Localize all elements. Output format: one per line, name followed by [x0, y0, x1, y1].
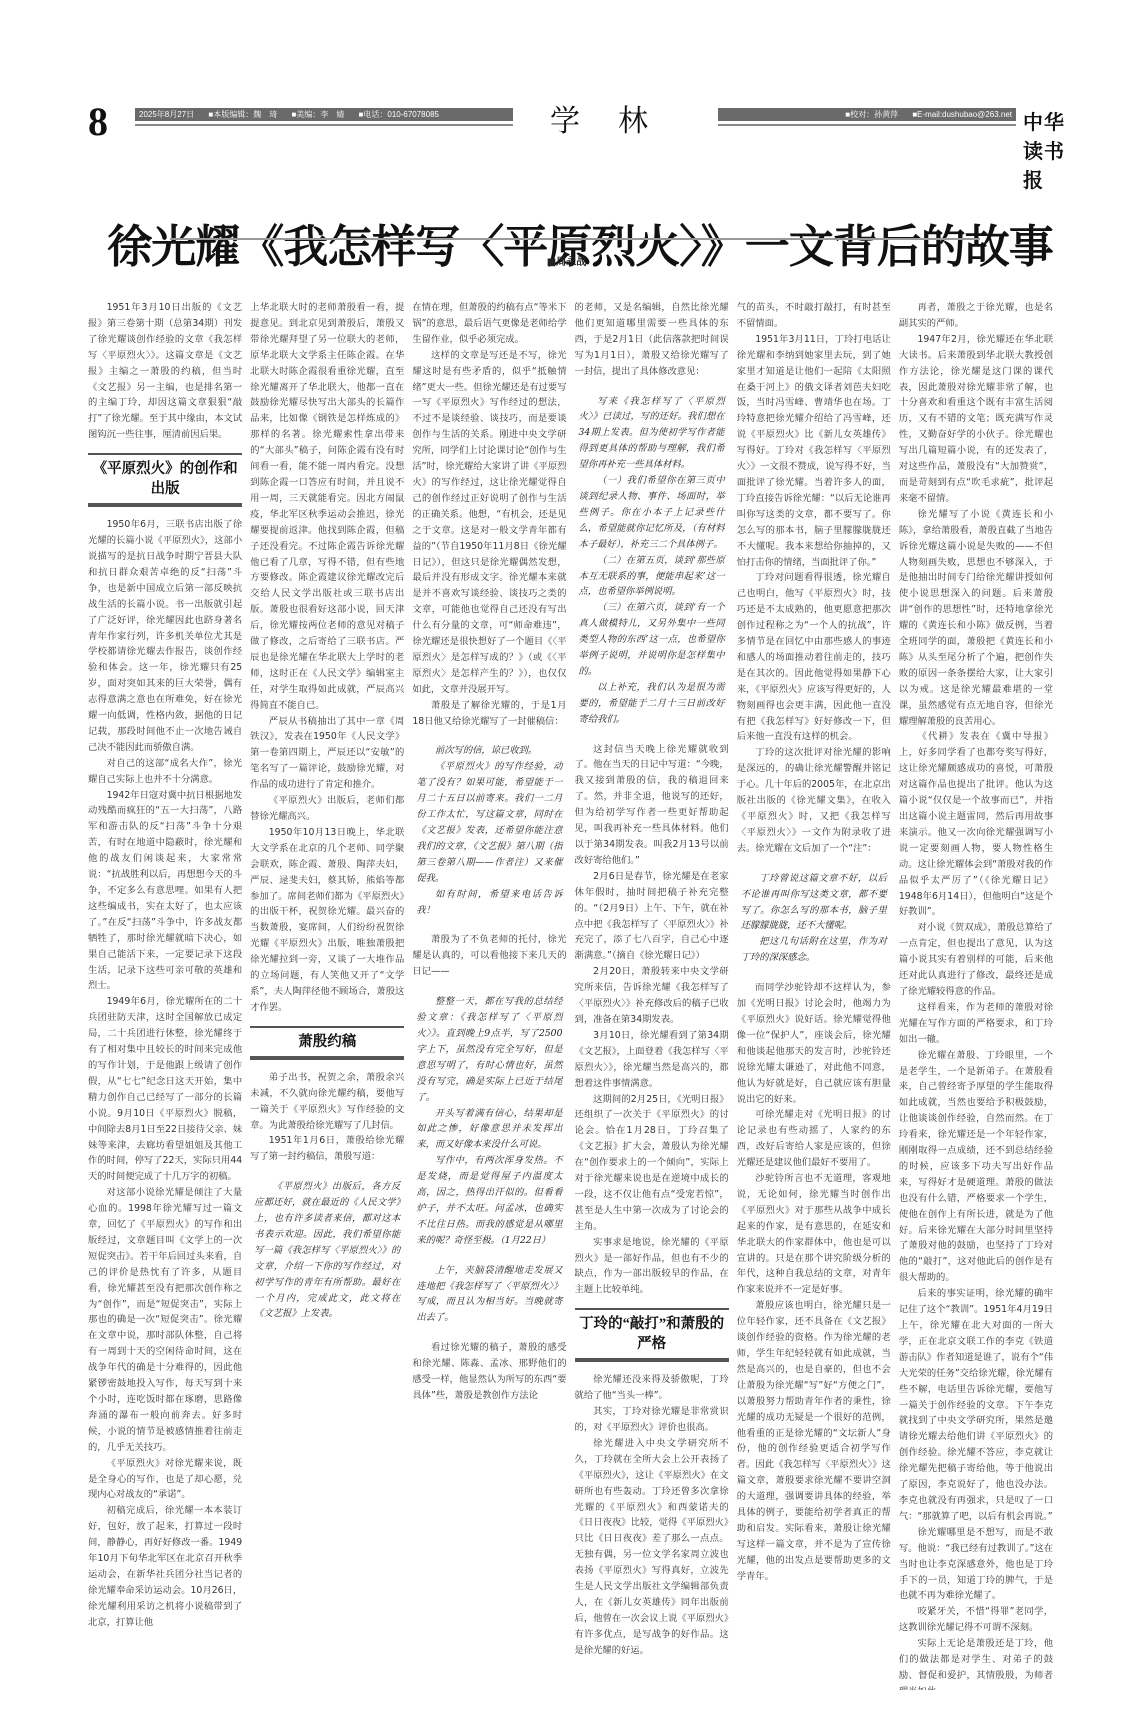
editor-credit: ■本版编辑：魏 琦 [208, 110, 277, 119]
paragraph: 这期间的2月25日，《光明日报》还组织了一次关于《平原烈火》的讨论会。恰在1月2… [575, 1092, 729, 1235]
phone-number: ■电话：010-67078085 [359, 110, 439, 119]
paragraph: 萧殷应该也明白，徐光耀只是一位年轻作家，还不具备在《文艺报》谈创作经验的资格。作… [737, 1298, 891, 1584]
quoted-letter: （三）在第六页，谈到‘有一个真人做模特儿，又另外集中一些同类型人物的东西’这一点… [575, 600, 729, 680]
paragraph: 实事求是地说，徐光耀的《平原烈火》是一部好作品，但也有不少的缺点，作为一部出版较… [575, 1235, 729, 1299]
column-2: 上华北联大时的老师萧殷看一看，提提意见。到北京见到萧殷后，萧殷又带徐光耀拜望了另… [250, 300, 404, 1690]
paragraph: 萧殷为了不负老师的托付，徐光耀是认真的，可以看他接下来几天的日记—— [412, 932, 566, 980]
paragraph: 再者，萧殷之于徐光耀，也是名副其实的严师。 [899, 300, 1053, 332]
section-name: 学林 [528, 100, 708, 144]
paragraph: 《代耕》发表在《冀中导报》上，好多同学看了也都夸奖写得好，这让徐光耀颇感成功的喜… [899, 729, 1053, 920]
quoted-letter: （二）在第五页，谈到‘那些原本互无联系的事，便能串起来’这一点，也希望你举例说明… [575, 553, 729, 601]
paragraph: 对自己的这部“成名大作”，徐光耀自己实际上也并不十分满意。 [88, 756, 242, 788]
paragraph: 徐光耀在萧殷、丁玲眼里，一个是老学生，一个是新弟子。在萧殷看来，自己曾经寄予厚望… [899, 1048, 1053, 1287]
quoted-diary: 开头写着满有信心，结果却是如此之惨，好像意思并未发挥出来，而又好像本来没什么可说… [412, 1106, 566, 1154]
paragraph: 1949年6月，徐光耀所在的二十兵团驻防天津，这时全国解放已成定局，二十兵团进行… [88, 994, 242, 1185]
paragraph: 严辰从书稿抽出了其中一章《周铁汉》，发表在1950年《人民文学》第一卷第四期上，… [250, 714, 404, 794]
column-3: 在情在理，但萧殷的约稿有点“等米下锅”的意思，最后语气更像是老师给学生留作业，似… [412, 300, 566, 1690]
paragraph: 初稿完成后，徐光耀一本本装订好，包好，放了起来，打算过一段时间，静静心，再好好修… [88, 1503, 242, 1630]
divider [135, 124, 513, 126]
paragraph: 徐光耀进入中央文学研究所不久，丁玲就在全所大会上公开表扬了《平原烈火》，这让《平… [575, 1436, 729, 1659]
paragraph: 气的苗头，不时敲打敲打，有时甚至不留情面。 [737, 300, 891, 332]
quoted-letter: 前次写的信，谅已收到。 [412, 743, 566, 759]
article-body: 1951年3月10日出版的《文艺报》第三卷第十期（总第34期）刊发了徐光耀谈创作… [88, 300, 1053, 1690]
paragraph: 《平原烈火》对徐光耀来说，既是全身心的写作，也是了却心愿，兑现内心对战友的“承诺… [88, 1456, 242, 1504]
subhead-xiao-yin-commission: 萧殷约稿 [250, 1026, 404, 1060]
paragraph: 1951年3月11日，丁玲打电话让徐光耀和李纳到她家里去玩，到了她家里才知道是让… [737, 332, 891, 571]
paragraph: 1942年日寇对冀中抗日根据地发动残酷而疯狂的“五一大扫荡”，八路军和游击队的反… [88, 788, 242, 995]
paragraph: 对这部小说徐光耀是倾注了大量心血的。1998年徐光耀写过一篇文章，回忆了《平原烈… [88, 1185, 242, 1455]
author-note: 丁玲曾说这篇文章不好，以后不论谁再叫你写这类文章，都不要写了。你怎么写的那本书，… [737, 871, 891, 935]
paragraph: 的老师，又是名编辑，自然比徐光耀他们更知道哪里需要一些具体的东西，于是2月1日（… [575, 300, 729, 380]
paragraph: 1951年3月10日出版的《文艺报》第三卷第十期（总第34期）刊发了徐光耀谈创作… [88, 300, 242, 443]
subhead-creation-and-publication: 《平原烈火》的创作和出版 [88, 453, 242, 507]
quoted-letter: 如有时间，希望来电话告诉我！ [412, 887, 566, 919]
title-rule [170, 238, 980, 240]
quoted-diary: 上午，夹脑袋清醒地走发展又连地把《我怎样写了〈平原烈火〉》写成，而且认为相当好。… [412, 1263, 566, 1327]
paragraph: 3月10日，徐光耀看到了第34期《文艺报》，上面登着《我怎样写〈平原烈火〉》，徐… [575, 1028, 729, 1092]
quoted-letter: （一）我们希望你在第三页中谈到纪录人物、事件、场面时，举些例子。你在小本子上记录… [575, 473, 729, 553]
paragraph: 可徐光耀走对《光明日报》的讨论记录也有些动摇了，人家约的东西，改好后寄给人家是应… [737, 1107, 891, 1171]
paragraph: 上华北联大时的老师萧殷看一看，提提意见。到北京见到萧殷后，萧殷又带徐光耀拜望了另… [250, 300, 404, 714]
paragraph: 萧殷是了解徐光耀的，于是1月18日他又给徐光耀写了一封催稿信： [412, 698, 566, 730]
paragraph: 徐光耀还没来得及骄傲呢，丁玲就给了他“当头一棒”。 [575, 1372, 729, 1404]
proofreader-credit: ■校对：孙黄萍 [845, 110, 898, 119]
designer-credit: ■美编：李 婧 [291, 110, 344, 119]
column-1: 1951年3月10日出版的《文艺报》第三卷第十期（总第34期）刊发了徐光耀谈创作… [88, 300, 242, 1690]
paragraph: 《平原烈火》出版后，老师们都替徐光耀高兴。 [250, 793, 404, 825]
quoted-letter: 以上补充，我们认为是很为需要的，希望能于二月十三日前改好寄给我们。 [575, 680, 729, 728]
author-byline: ■周永战 [0, 253, 1133, 268]
quoted-diary: 写作中，有两次浑身发热。不是发烧，而是觉得屋子内温度太高，因之，热得出汗似的。但… [412, 1153, 566, 1248]
page-number: 8 [88, 100, 108, 144]
paragraph: 而同学沙驼铃却不这样认为，参加《光明日报》讨论会时，他竭力为《平原烈火》说好话。… [737, 980, 891, 1107]
paragraph: 丁玲的这次批评对徐光耀的影响是深远的，的确让徐光耀警醒并铭记于心。几十年后的20… [737, 745, 891, 856]
paragraph: 实际上无论是萧殷还是丁玲，他们的做法都是对学生、对弟子的鼓励、督促和爱护，其情殷… [899, 1636, 1053, 1690]
column-6: 再者，萧殷之于徐光耀，也是名副其实的严师。 1947年2月，徐光耀还在华北联大读… [899, 300, 1053, 1690]
masthead: 8 2025年8月27日 ■本版编辑：魏 琦 ■美编：李 婧 ■电话：010-6… [88, 100, 1068, 144]
paragraph: 1947年2月，徐光耀还在华北联大读书。后来萧殷到华北联大教授创作方法论，徐光耀… [899, 332, 1053, 507]
paragraph: 这样的文章是写还是不写，徐光耀这时是有些矛盾的，似乎“抵触情绪”更大一些。但徐光… [412, 348, 566, 698]
paragraph: 咬紧牙关，不惜“得罪”老同学，这教训徐光耀记得不可谓不深刻。 [899, 1604, 1053, 1636]
column-4: 的老师，又是名编辑，自然比徐光耀他们更知道哪里需要一些具体的东西，于是2月1日（… [575, 300, 729, 1690]
paragraph: 1950年6月，三联书店出版了徐光耀的长篇小说《平原烈火》，这部小说描写的是抗日… [88, 517, 242, 756]
masthead-info-bar-right: ■校对：孙黄萍 ■E-mail:dushubao@263.net [718, 108, 1016, 121]
quoted-letter: 《平原烈火》出版后，各方反应都还好，就在最近的《人民文学》上，也有许多读者来信，… [250, 1179, 404, 1322]
paragraph: 后来的事实证明，徐光耀的确牢记住了这个“教训”。1951年4月19日上午，徐光耀… [899, 1286, 1053, 1525]
author-note: 把这几句话附在这里，作为对丁玲的深深感念。 [737, 934, 891, 966]
paragraph: 这封信当天晚上徐光耀就收到了。他在当天的日记中写道：“今晚，我又接到萧殷的信，我… [575, 742, 729, 869]
paragraph: 看过徐光耀的稿子，萧殷的感受和徐光耀、陈淼、孟冰、邢野他们的感受一样，他显然认为… [412, 1340, 566, 1404]
newspaper-logo: 中华读书报 [1023, 106, 1068, 193]
paragraph: 对小说《贺双成》，萧殷总算给了一点肯定，但也提出了意见，认为这篇小说其实有着别样… [899, 920, 1053, 1000]
paragraph: 弟子出书，祝贺之余，萧殷余兴未减，不久就向徐光耀约稿，要他写一篇关于《平原烈火》… [250, 1070, 404, 1134]
paragraph: 1950年10月13日晚上，华北联大文学系在北京的几个老师、同学聚会联欢，陈企霞… [250, 825, 404, 1016]
quoted-diary: 整整一天，都在写我的总结经验文章：《我怎样写了〈平原烈火〉》。直到晚上9点半，写… [412, 994, 566, 1105]
masthead-info-bar-left: 2025年8月27日 ■本版编辑：魏 琦 ■美编：李 婧 ■电话：010-670… [135, 108, 513, 121]
paragraph: 2月20日，萧殷转来中央文学研究所来信，告诉徐光耀《我怎样写了〈平原烈火〉》补充… [575, 964, 729, 1028]
quoted-letter: 《平原烈火》的写作经验，动笔了没有？如果可能，希望能于一月二十五日以前寄来。我们… [412, 759, 566, 886]
column-5: 气的苗头，不时敲打敲打，有时甚至不留情面。 1951年3月11日，丁玲打电话让徐… [737, 300, 891, 1690]
subhead-ding-ling-strictness: 丁玲的“敲打”和萧殷的严格 [575, 1308, 729, 1362]
paragraph: 1951年1月6日，萧殷给徐光耀写了第一封约稿信，萧殷写道： [250, 1133, 404, 1165]
issue-date: 2025年8月27日 [139, 110, 194, 119]
paragraph: 2月6日是春节，徐光耀是在老家休年假时，抽时间把稿子补充完整的。“（2月9日）上… [575, 869, 729, 964]
divider [718, 124, 1016, 126]
paragraph: 徐光耀哪里是不想写，而是不敢写。他说：“我已经有过教训了。”这在当时也让李克深感… [899, 1525, 1053, 1605]
paragraph: 其实，丁玲对徐光耀是非常赏识的，对《平原烈火》评价也很高。 [575, 1404, 729, 1436]
quoted-letter: 写来《我怎样写了〈平原烈火〉》已读过，写的还好。我们想在34期上发表。但为使初学… [575, 394, 729, 474]
paragraph: 徐光耀写了小说《黄连长和小陈》，拿给萧殷看，萧殷直截了当地告诉徐光耀这篇小说是失… [899, 507, 1053, 730]
paragraph: 沙驼铃所言也不无道理，客观地说，无论如何，徐光耀当时创作出《平原烈火》对于那些从… [737, 1171, 891, 1298]
email-address: ■E-mail:dushubao@263.net [912, 110, 1012, 119]
paragraph: 这样看来，作为老师的萧殷对徐光耀在写作方面的严格要求，和丁玲如出一辙。 [899, 1000, 1053, 1048]
paragraph: 在情在理，但萧殷的约稿有点“等米下锅”的意思，最后语气更像是老师给学生留作业，似… [412, 300, 566, 348]
paragraph: 丁玲对问题看得很透，徐光耀自己也明白，他写《平原烈火》时，技巧还是不太成熟的，他… [737, 570, 891, 745]
